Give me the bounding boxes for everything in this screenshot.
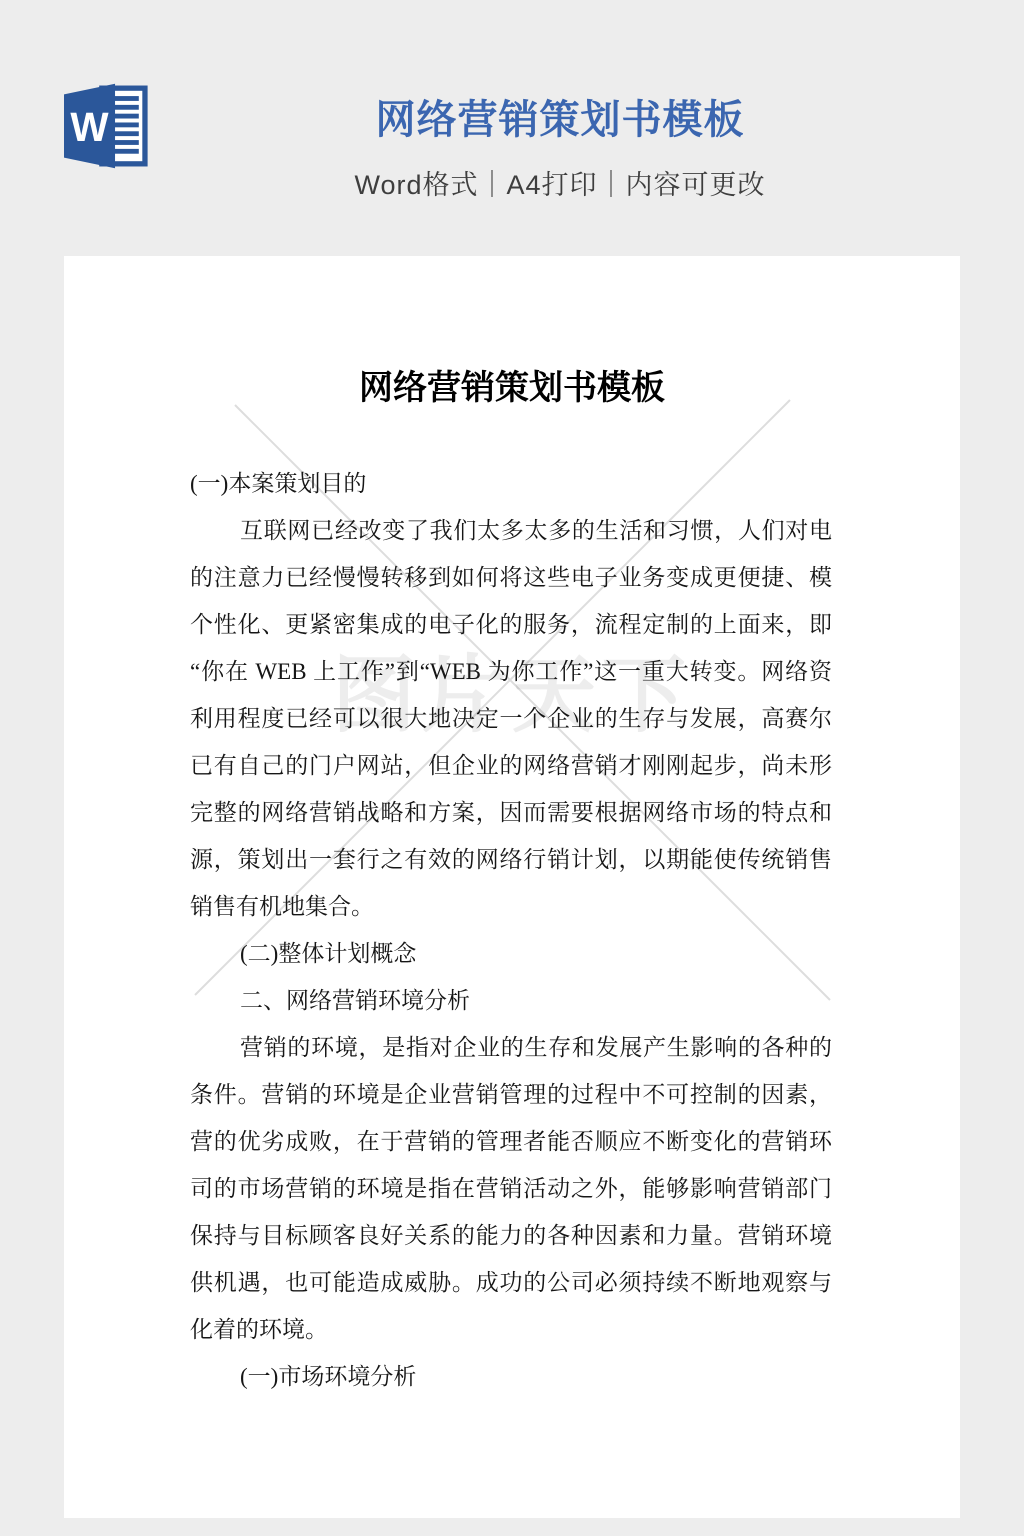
document-line: 营的优劣成败，在于营销的管理者能否顺应不断变化的营销环境。公	[190, 1118, 832, 1165]
document-line: 条件。营销的环境是企业营销管理的过程中不可控制的因素，企业经	[190, 1071, 832, 1118]
document-line: 化着的环境。	[190, 1306, 832, 1353]
header-title: 网络营销策划书模板	[96, 88, 1024, 145]
header: W 网络营销策划书模板 Word格式｜A4打印｜内容可更改	[0, 0, 1024, 256]
document-body: (一)本案策划目的互联网已经改变了我们太多太多的生活和习惯，人们对电子商务的注意…	[190, 460, 832, 1400]
document-line: 源，策划出一套行之有效的网络行销计划，以期能使传统销售和网络	[190, 836, 832, 883]
document-line: 司的市场营销的环境是指在营销活动之外，能够影响营销部门发展并	[190, 1165, 832, 1212]
document-line: 利用程度已经可以很大地决定一个企业的生存与发展，高赛尔公司虽	[190, 695, 832, 742]
document-line: 已有自己的门户网站，但企业的网络营销才刚刚起步，尚未形成一套	[190, 742, 832, 789]
document-line: (一)本案策划目的	[190, 460, 832, 507]
document-line: 供机遇，也可能造成威胁。成功的公司必须持续不断地观察与适应变	[190, 1259, 832, 1306]
document-line: 保持与目标顾客良好关系的能力的各种因素和力量。营销环境既能提	[190, 1212, 832, 1259]
document-line: 二、网络营销环境分析	[190, 977, 832, 1024]
document-line: 完整的网络营销战略和方案，因而需要根据网络市场的特点和企业资	[190, 789, 832, 836]
document-line: 营销的环境，是指对企业的生存和发展产生影响的各种的外部的	[190, 1024, 832, 1071]
document-title: 网络营销策划书模板	[64, 360, 960, 409]
header-subtitle: Word格式｜A4打印｜内容可更改	[96, 163, 1024, 202]
document-line: 互联网已经改变了我们太多太多的生活和习惯，人们对电子商务	[190, 507, 832, 554]
header-text-block: 网络营销策划书模板 Word格式｜A4打印｜内容可更改	[96, 88, 1024, 202]
document-line: 的注意力已经慢慢转移到如何将这些电子业务变成更便捷、模块化、	[190, 554, 832, 601]
document-line: (一)市场环境分析	[190, 1353, 832, 1400]
document-line: 个性化、更紧密集成的电子化的服务，流程定制的上面来，即要实现	[190, 601, 832, 648]
document-line: “你在 WEB 上工作”到“WEB 为你工作”这一重大转变。网络资源的	[190, 648, 832, 695]
document-page: 图片天下 网络营销策划书模板 (一)本案策划目的互联网已经改变了我们太多太多的生…	[64, 256, 960, 1518]
document-line: (二)整体计划概念	[190, 930, 832, 977]
document-line: 销售有机地集合。	[190, 883, 832, 930]
